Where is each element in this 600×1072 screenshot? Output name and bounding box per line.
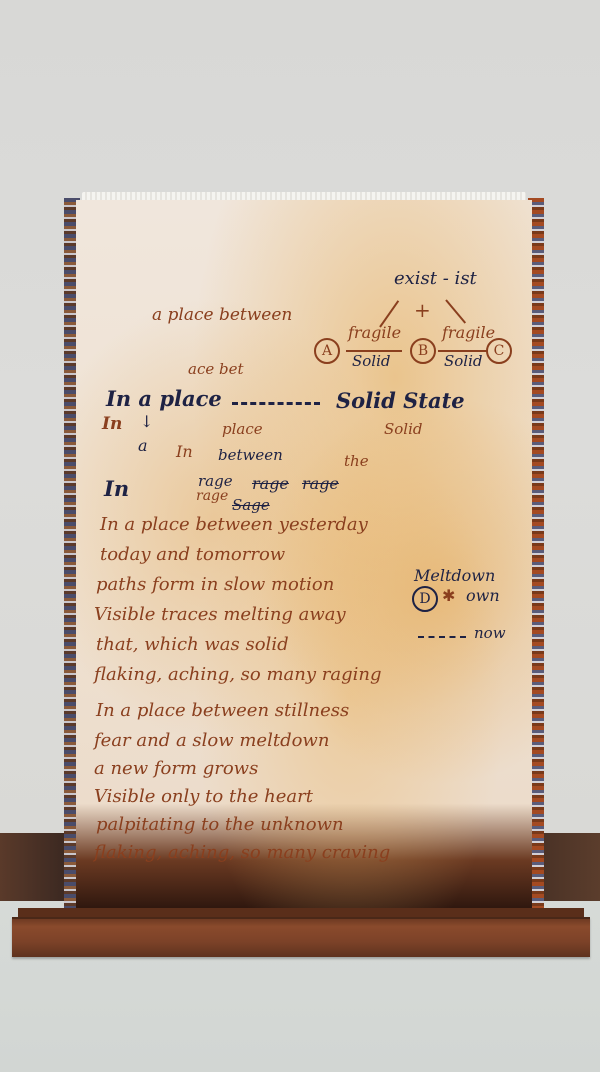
margin-own: own: [466, 586, 500, 605]
stanza-2-line-6: flaking, aching, so many craving: [94, 842, 390, 863]
word-solid: Solid: [384, 420, 423, 438]
title-solid-state: Solid State: [336, 388, 465, 413]
stanza-1-line-2: today and tomorrow: [100, 544, 285, 565]
stanza-1-line-5: that, which was solid: [96, 634, 289, 655]
circle-b: B: [410, 338, 436, 364]
circle-a-label: A: [322, 343, 332, 359]
circle-d: D: [412, 586, 438, 612]
stanza-2-line-3: a new form grows: [94, 758, 258, 779]
fragment-a-place-between: a place between: [152, 305, 292, 325]
stanza-1-line-1: In a place between yesterday: [100, 514, 368, 535]
word-rage-2-crossed: rage: [252, 474, 289, 493]
down-arrow-icon: ↓: [140, 412, 153, 431]
fragment-ace-bet: ace bet: [188, 360, 244, 378]
stanza-1-line-4: Visible traces melting away: [94, 604, 346, 625]
fraction-1-top: fragile: [348, 323, 401, 342]
margin-dashes: [418, 636, 466, 638]
fraction-2-top: fragile: [442, 323, 495, 342]
word-in-navy: In: [104, 476, 129, 501]
fraction-2-bottom: Solid: [444, 352, 483, 370]
word-in-brown: In: [102, 414, 122, 434]
stanza-2-line-4: Visible only to the heart: [94, 786, 313, 807]
circle-a: A: [314, 338, 340, 364]
stanza-2-line-1: In a place between stillness: [96, 700, 349, 721]
word-a: a: [138, 436, 148, 455]
circle-c-label: C: [494, 343, 505, 359]
title-in-a-place: In a place: [106, 386, 222, 411]
margin-now: now: [474, 624, 506, 642]
word-rage-brown: rage: [196, 488, 228, 504]
word-sage-crossed: Sage: [232, 496, 270, 514]
stanza-1-line-6: flaking, aching, so many raging: [94, 664, 382, 685]
word-in-small: In: [176, 442, 193, 461]
circle-c: C: [486, 338, 512, 364]
word-place: place: [222, 420, 263, 438]
diagram-plus: +: [414, 298, 431, 322]
star-icon: ✱: [442, 586, 455, 605]
word-between: between: [218, 446, 283, 464]
stanza-2-line-5: palpitating to the unknown: [96, 814, 344, 835]
circle-b-label: B: [418, 343, 428, 359]
word-rage-3-crossed: rage: [302, 474, 339, 493]
copper-tray: [12, 917, 590, 957]
circle-d-label: D: [419, 591, 430, 607]
fraction-1-bottom: Solid: [352, 352, 391, 370]
title-dashes: [232, 402, 320, 405]
diagram-top-label: exist - ist: [394, 268, 477, 289]
stanza-2-line-2: fear and a slow meltdown: [94, 730, 329, 751]
word-the: the: [344, 452, 369, 470]
stanza-1-line-3: paths form in slow motion: [96, 574, 334, 595]
margin-meltdown: Meltdown: [414, 566, 495, 585]
